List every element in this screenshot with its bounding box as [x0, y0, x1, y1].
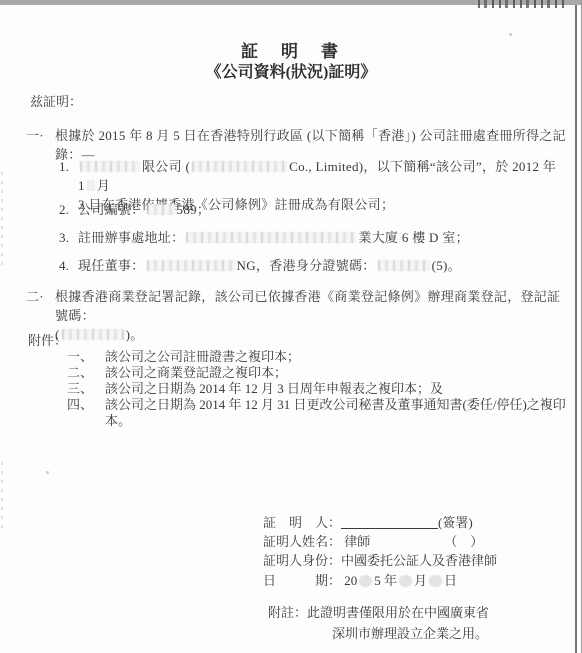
list-item-3: 3. 註冊辦事處地址：業大廈 6 樓 D 室； — [59, 228, 564, 247]
attachment-item: 二、 該公司之商業登記證之複印本； — [67, 365, 567, 381]
director-mid-text: NG，香港身分證號碼： — [237, 258, 376, 273]
redacted-month-digit — [399, 575, 412, 587]
footnote-line2: 深圳市辦理設立企業之用。 — [268, 624, 558, 645]
scan-artifact — [1, 462, 3, 532]
footnote-block: 附註：此證明書僅限用於在中國廣東省 深圳市辦理設立企業之用。 — [268, 603, 558, 644]
attachment-item: 四、 該公司之日期為 2014 年 12 月 31 日更改公司秘書及董事通知書(… — [67, 397, 567, 429]
certifier-identity-row: 証明人身份：中國委托公証人及香港律師 — [263, 551, 563, 570]
item-4-text: 現任董事：NG，香港身分證號碼：(5)。 — [78, 256, 564, 275]
list-item-4: 4. 現任董事：NG，香港身分證號碼：(5)。 — [59, 256, 564, 275]
attachment-2-text: 該公司之商業登記證之複印本； — [105, 365, 287, 381]
signature-blank-line — [341, 515, 438, 529]
section-2-text: 根據香港商業登記署記錄，該公司已依據香港《商業登記條例》辦理商業登記，登記証號碼… — [55, 287, 571, 344]
company-number-suffix: 589； — [177, 202, 211, 217]
footnote-line1: 附註：此證明書僅限用於在中國廣東省 — [268, 603, 558, 624]
signature-block: 証 明 人：(簽署) 証明人姓名： 律師（ ） 証明人身份：中國委托公証人及香港… — [263, 513, 563, 590]
certifier-name-row: 証明人姓名： 律師（ ） — [263, 532, 563, 551]
list-item-2: 2. 公司編號：589； — [59, 200, 564, 219]
section-1-marker: 一· — [26, 126, 55, 164]
certifier-name-label: 証明人姓名： — [263, 534, 341, 549]
certifier-identity-value: 中國委托公証人及香港律師 — [341, 553, 497, 568]
certifier-name-value: 律師 — [344, 532, 444, 551]
section-2: 二· 根據香港商業登記署記錄，該公司已依據香港《商業登記條例》辦理商業登記，登記… — [26, 287, 571, 344]
date-day: 日 — [444, 573, 457, 588]
item-1-seg: 月 — [97, 178, 110, 193]
attachment-item: 一、 該公司之公司註冊證書之複印本； — [67, 349, 567, 365]
attachment-4-number: 四、 — [67, 397, 105, 429]
item-2-number: 2. — [59, 200, 78, 219]
director-label: 現任董事： — [78, 258, 145, 273]
redacted-registration-number — [62, 329, 124, 340]
item-3-text: 註冊辦事處地址：業大廈 6 樓 D 室； — [78, 228, 564, 247]
footnote-text1: 此證明書僅限用於在中國廣東省 — [307, 605, 489, 620]
certifier-label: 証 明 人： — [263, 515, 341, 530]
redacted-company-name-cn — [80, 161, 140, 172]
intro-line: 兹証明： — [30, 91, 82, 110]
scan-speck — [509, 33, 512, 36]
redacted-company-name-en — [192, 161, 287, 172]
cutoff-text-artifact — [478, 0, 566, 8]
address-label: 註冊辦事處地址： — [78, 230, 184, 245]
item-4-number: 4. — [59, 256, 78, 275]
attachment-3-text: 該公司之日期為 2014 年 12 月 3 日周年申報表之複印本；及 — [105, 381, 443, 397]
date-month: 月 — [414, 573, 427, 588]
attachments-label: 附件： — [28, 330, 67, 349]
scan-speck — [46, 471, 49, 474]
date-label: 日 期： — [263, 573, 341, 588]
scan-artifact — [1, 172, 3, 267]
attachment-1-text: 該公司之公司註冊證書之複印本； — [105, 349, 300, 365]
date-row: 日 期： 205 年月日 — [263, 571, 563, 590]
attachment-2-number: 二、 — [67, 365, 105, 381]
attachment-4-text: 該公司之日期為 2014 年 12 月 31 日更改公司秘書及董事通知書(委任/… — [105, 397, 567, 429]
redacted-month-digit — [87, 180, 95, 191]
company-number-label: 公司編號： — [78, 202, 145, 217]
address-suffix: 業大廈 6 樓 D 室； — [358, 230, 469, 245]
redacted-id-number — [378, 260, 430, 271]
attachment-item: 三、 該公司之日期為 2014 年 12 月 3 日周年申報表之複印本；及 — [67, 381, 567, 397]
item-1-seg: 限公司 ( — [142, 159, 190, 174]
redacted-day-digit — [429, 575, 442, 587]
date-year-suffix: 5 年 — [374, 573, 397, 588]
certifier-row: 証 明 人：(簽署) — [263, 513, 563, 532]
page-subtitle: 《公司資料(狀況)証明》 — [0, 59, 582, 82]
sign-note: (簽署) — [438, 515, 473, 530]
attachment-1-number: 一、 — [67, 349, 105, 365]
item-2-text: 公司編號：589； — [78, 200, 564, 219]
redacted-date-digit — [359, 575, 372, 587]
certifier-identity-label: 証明人身份： — [263, 553, 341, 568]
scanned-certificate-page: 証 明 書 《公司資料(狀況)証明》 兹証明： 一· 根據於 2015 年 8 … — [0, 0, 582, 653]
redacted-address — [186, 232, 356, 243]
certifier-name-paren: （ ） — [444, 534, 483, 549]
reg-number-paren-close: )。 — [126, 327, 144, 342]
scan-right-edge-line — [575, 5, 577, 653]
redacted-company-number — [147, 204, 175, 215]
redacted-director-name — [147, 260, 235, 271]
section-2-line1: 根據香港商業登記署記錄，該公司已依據香港《商業登記條例》辦理商業登記，登記証號碼… — [55, 289, 560, 323]
attachment-3-number: 三、 — [67, 381, 105, 397]
footnote-label: 附註： — [268, 605, 307, 620]
id-number-suffix: (5)。 — [432, 258, 461, 273]
item-3-number: 3. — [59, 228, 78, 247]
date-prefix: 20 — [344, 573, 357, 588]
